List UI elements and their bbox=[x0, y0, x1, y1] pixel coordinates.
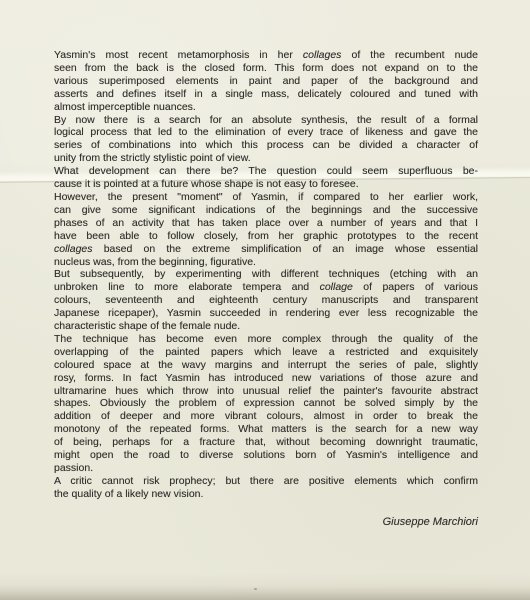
text-block: Yasmin's most recent metamorphosis in he… bbox=[54, 49, 478, 529]
text-line: monotony of the repeated forms. What mat… bbox=[54, 423, 478, 436]
text-line: rosy, forms. In fact Yasmin has introduc… bbox=[54, 372, 478, 385]
text-line: seen from the back is the closed form. T… bbox=[54, 62, 478, 75]
paragraph: Yasmin's most recent metamorphosis in he… bbox=[54, 49, 478, 114]
paragraph: However, the present "moment" of Yasmin,… bbox=[54, 191, 478, 268]
text-line: Japanese ricepaper), Yasmin succeeded in… bbox=[54, 307, 478, 320]
text-line: asserts and defines itself in a single m… bbox=[54, 88, 478, 101]
document-page: Yasmin's most recent metamorphosis in he… bbox=[0, 0, 530, 600]
text-line: shapes. Obviously the problem of express… bbox=[54, 397, 478, 410]
text-line: characteristic shape of the female nude. bbox=[54, 320, 478, 333]
text-line: can give some significant indications of… bbox=[54, 204, 478, 217]
text-line: nucleus was, from the beginning, figurat… bbox=[54, 256, 478, 269]
signature: Giuseppe Marchiori bbox=[54, 516, 478, 529]
text-line: unity from the strictly stylistic point … bbox=[54, 152, 478, 165]
text-line: phases of an activity that has taken pla… bbox=[54, 217, 478, 230]
text-line: A critic cannot risk prophecy; but there… bbox=[54, 475, 478, 488]
text-line: collages based on the extreme simplifica… bbox=[54, 243, 478, 256]
paragraph: What development can there be? The quest… bbox=[54, 165, 478, 191]
scan-speck bbox=[254, 588, 257, 590]
text-line: might open the road to diverse solutions… bbox=[54, 449, 478, 462]
text-line: What development can there be? The quest… bbox=[54, 165, 478, 178]
text-line: series of combinations into which this p… bbox=[54, 139, 478, 152]
text-line: Yasmin's most recent metamorphosis in he… bbox=[54, 49, 478, 62]
text-line: the quality of a likely new vision. bbox=[54, 488, 478, 501]
paragraph: A critic cannot risk prophecy; but there… bbox=[54, 475, 478, 501]
paragraph: The technique has become even more compl… bbox=[54, 333, 478, 475]
text-line: coloured space at the wavy margins and i… bbox=[54, 359, 478, 372]
text-line: addition of deeper and more vibrant colo… bbox=[54, 410, 478, 423]
text-line: By now there is a search for an absolute… bbox=[54, 114, 478, 127]
text-line: various superimposed elements in paint a… bbox=[54, 75, 478, 88]
paragraphs-container: Yasmin's most recent metamorphosis in he… bbox=[54, 49, 478, 501]
text-line: cause it is pointed at a future whose sh… bbox=[54, 178, 478, 191]
text-line: colours, seventeenth and eighteenth cent… bbox=[54, 294, 478, 307]
text-line: logical process that led to the eliminat… bbox=[54, 126, 478, 139]
paragraph: By now there is a search for an absolute… bbox=[54, 114, 478, 166]
text-line: have been able to follow closely, from h… bbox=[54, 230, 478, 243]
text-line: overlapping of the painted papers which … bbox=[54, 346, 478, 359]
text-line: However, the present "moment" of Yasmin,… bbox=[54, 191, 478, 204]
page-bottom-edge bbox=[0, 586, 530, 600]
text-line: But subsequently, by experimenting with … bbox=[54, 268, 478, 281]
text-line: passion. bbox=[54, 462, 478, 475]
text-line: of being, perhaps for a fracture that, w… bbox=[54, 436, 478, 449]
text-line: unbroken line to more elaborate tempera … bbox=[54, 281, 478, 294]
text-line: The technique has become even more compl… bbox=[54, 333, 478, 346]
paragraph: But subsequently, by experimenting with … bbox=[54, 268, 478, 333]
text-line: ultramarine hues which throw into unusua… bbox=[54, 385, 478, 398]
text-line: almost imperceptible nuances. bbox=[54, 101, 478, 114]
